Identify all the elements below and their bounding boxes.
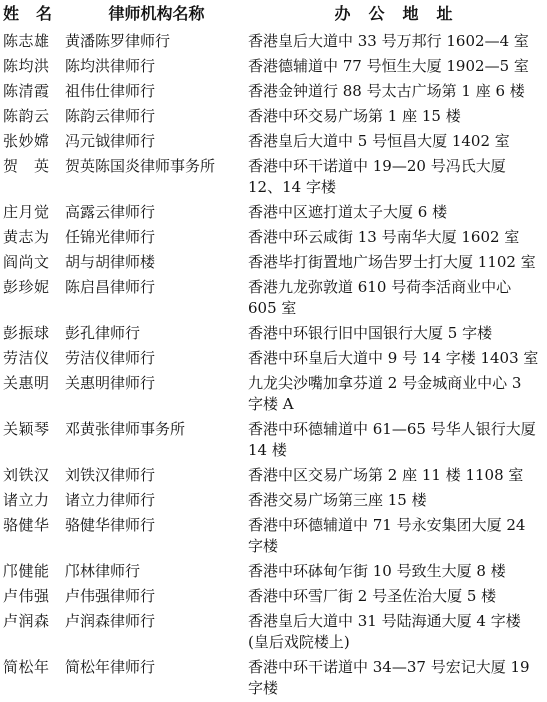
office-address: 香港中环砵甸乍街 10 号致生大厦 8 楼 xyxy=(248,561,540,582)
table-row: 阎尚文 胡与胡律师楼 香港毕打街置地广场告罗士打大厦 1102 室 xyxy=(3,252,541,273)
office-address: 香港中环皇后大道中 9 号 14 字楼 1403 室 xyxy=(248,348,540,369)
office-address: 香港中区交易广场第 2 座 11 楼 1108 室 xyxy=(248,465,540,486)
table-row: 简松年 简松年律师行 香港中环干诺道中 34—37 号宏记大厦 19 字楼 xyxy=(3,657,541,699)
lawyer-name: 刘铁汉 xyxy=(3,465,65,486)
firm-name: 黄潘陈罗律师行 xyxy=(65,31,248,52)
firm-name: 彭孔律师行 xyxy=(65,323,248,344)
office-address: 香港交易广场第三座 15 楼 xyxy=(248,490,540,511)
table-row: 陈志雄 黄潘陈罗律师行 香港皇后大道中 33 号万邦行 1602—4 室 xyxy=(3,31,541,52)
table-row: 刘铁汉 刘铁汉律师行 香港中区交易广场第 2 座 11 楼 1108 室 xyxy=(3,465,541,486)
table-row: 诸立力 诸立力律师行 香港交易广场第三座 15 楼 xyxy=(3,490,541,511)
lawyer-name: 卢伟强 xyxy=(3,586,65,607)
office-address: 香港九龙弥敦道 610 号荷李活商业中心 605 室 xyxy=(248,277,540,319)
table-row: 彭珍妮 陈启昌律师行 香港九龙弥敦道 610 号荷李活商业中心 605 室 xyxy=(3,277,541,319)
table-row: 彭振球 彭孔律师行 香港中环银行旧中国银行大厦 5 字楼 xyxy=(3,323,541,344)
firm-name: 卢润森律师行 xyxy=(65,611,248,632)
lawyer-name: 骆健华 xyxy=(3,515,65,536)
lawyer-name: 陈均洪 xyxy=(3,56,65,77)
lawyer-name: 彭振球 xyxy=(3,323,65,344)
table-row: 陈均洪 陈均洪律师行 香港德辅道中 77 号恒生大厦 1902—5 室 xyxy=(3,56,541,77)
firm-name: 贺英陈国炎律师事务所 xyxy=(65,156,248,177)
lawyer-name: 黄志为 xyxy=(3,227,65,248)
office-address: 香港中环德辅道中 61—65 号华人银行大厦 14 楼 xyxy=(248,419,540,461)
firm-name: 冯元钺律师行 xyxy=(65,131,248,152)
lawyer-name: 劳洁仪 xyxy=(3,348,65,369)
firm-name: 陈均洪律师行 xyxy=(65,56,248,77)
office-address: 香港中环交易广场第 1 座 15 楼 xyxy=(248,106,540,127)
office-address: 九龙尖沙嘴加拿芬道 2 号金城商业中心 3 字楼 A xyxy=(248,373,540,415)
firm-name: 卢伟强律师行 xyxy=(65,586,248,607)
lawyer-name: 贺 英 xyxy=(3,156,65,177)
lawyer-name: 诸立力 xyxy=(3,490,65,511)
firm-name: 高露云律师行 xyxy=(65,202,248,223)
office-address: 香港皇后大道中 31 号陆海通大厦 4 字楼(皇后戏院楼上) xyxy=(248,611,540,653)
scanned-lawyer-directory-page: 姓 名 律师机构名称 办 公 地 址 陈志雄 黄潘陈罗律师行 香港皇后大道中 3… xyxy=(0,0,547,702)
lawyer-name: 彭珍妮 xyxy=(3,277,65,298)
table-row: 张妙嫦 冯元钺律师行 香港皇后大道中 5 号恒昌大厦 1402 室 xyxy=(3,131,541,152)
office-address: 香港中环干诺道中 34—37 号宏记大厦 19 字楼 xyxy=(248,657,540,699)
office-address: 香港皇后大道中 5 号恒昌大厦 1402 室 xyxy=(248,131,540,152)
office-address: 香港中环云咸街 13 号南华大厦 1602 室 xyxy=(248,227,540,248)
table-row: 骆健华 骆健华律师行 香港中环德辅道中 71 号永安集团大厦 24 字楼 xyxy=(3,515,541,557)
lawyer-name: 陈韵云 xyxy=(3,106,65,127)
firm-name: 胡与胡律师楼 xyxy=(65,252,248,273)
table-row: 陈清霞 祖伟仕律师行 香港金钟道行 88 号太古广场第 1 座 6 楼 xyxy=(3,81,541,102)
office-address: 香港毕打街置地广场告罗士打大厦 1102 室 xyxy=(248,252,540,273)
table-row: 卢伟强 卢伟强律师行 香港中环雪厂街 2 号圣佐治大厦 5 楼 xyxy=(3,586,541,607)
lawyer-name: 卢润森 xyxy=(3,611,65,632)
firm-name: 刘铁汉律师行 xyxy=(65,465,248,486)
lawyer-name: 邝健能 xyxy=(3,561,65,582)
firm-name: 诸立力律师行 xyxy=(65,490,248,511)
table-row: 卢润森 卢润森律师行 香港皇后大道中 31 号陆海通大厦 4 字楼(皇后戏院楼上… xyxy=(3,611,541,653)
header-name: 姓 名 xyxy=(3,4,65,24)
lawyer-name: 关颖琴 xyxy=(3,419,65,440)
office-address: 香港中区遮打道太子大厦 6 楼 xyxy=(248,202,540,223)
table-row: 贺 英 贺英陈国炎律师事务所 香港中环干诺道中 19—20 号冯氏大厦 12、1… xyxy=(3,156,541,198)
firm-name: 邓黄张律师事务所 xyxy=(65,419,248,440)
firm-name: 简松年律师行 xyxy=(65,657,248,678)
lawyer-name: 张妙嫦 xyxy=(3,131,65,152)
office-address: 香港金钟道行 88 号太古广场第 1 座 6 楼 xyxy=(248,81,540,102)
office-address: 香港皇后大道中 33 号万邦行 1602—4 室 xyxy=(248,31,540,52)
table-row: 关颖琴 邓黄张律师事务所 香港中环德辅道中 61—65 号华人银行大厦 14 楼 xyxy=(3,419,541,461)
table-row: 黄志为 任锦光律师行 香港中环云咸街 13 号南华大厦 1602 室 xyxy=(3,227,541,248)
lawyer-name: 阎尚文 xyxy=(3,252,65,273)
firm-name: 陈启昌律师行 xyxy=(65,277,248,298)
firm-name: 骆健华律师行 xyxy=(65,515,248,536)
office-address: 香港中环德辅道中 71 号永安集团大厦 24 字楼 xyxy=(248,515,540,557)
office-address: 香港中环干诺道中 19—20 号冯氏大厦 12、14 字楼 xyxy=(248,156,540,198)
table-row: 庄月觉 高露云律师行 香港中区遮打道太子大厦 6 楼 xyxy=(3,202,541,223)
table-row: 关惠明 关惠明律师行 九龙尖沙嘴加拿芬道 2 号金城商业中心 3 字楼 A xyxy=(3,373,541,415)
table-row: 劳洁仪 劳洁仪律师行 香港中环皇后大道中 9 号 14 字楼 1403 室 xyxy=(3,348,541,369)
lawyer-name: 关惠明 xyxy=(3,373,65,394)
office-address: 香港中环雪厂街 2 号圣佐治大厦 5 楼 xyxy=(248,586,540,607)
firm-name: 关惠明律师行 xyxy=(65,373,248,394)
firm-name: 劳洁仪律师行 xyxy=(65,348,248,369)
header-office-address: 办 公 地 址 xyxy=(248,4,540,24)
firm-name: 陈韵云律师行 xyxy=(65,106,248,127)
firm-name: 任锦光律师行 xyxy=(65,227,248,248)
lawyer-name: 陈志雄 xyxy=(3,31,65,52)
lawyer-name: 简松年 xyxy=(3,657,65,678)
lawyer-name: 陈清霞 xyxy=(3,81,65,102)
header-firm-name: 律师机构名称 xyxy=(65,4,248,24)
firm-name: 邝林律师行 xyxy=(65,561,248,582)
table-body: 陈志雄 黄潘陈罗律师行 香港皇后大道中 33 号万邦行 1602—4 室 陈均洪… xyxy=(3,31,541,699)
office-address: 香港中环银行旧中国银行大厦 5 字楼 xyxy=(248,323,540,344)
office-address: 香港德辅道中 77 号恒生大厦 1902—5 室 xyxy=(248,56,540,77)
table-row: 邝健能 邝林律师行 香港中环砵甸乍街 10 号致生大厦 8 楼 xyxy=(3,561,541,582)
table-header: 姓 名 律师机构名称 办 公 地 址 xyxy=(3,4,541,24)
firm-name: 祖伟仕律师行 xyxy=(65,81,248,102)
table-row: 陈韵云 陈韵云律师行 香港中环交易广场第 1 座 15 楼 xyxy=(3,106,541,127)
lawyer-name: 庄月觉 xyxy=(3,202,65,223)
